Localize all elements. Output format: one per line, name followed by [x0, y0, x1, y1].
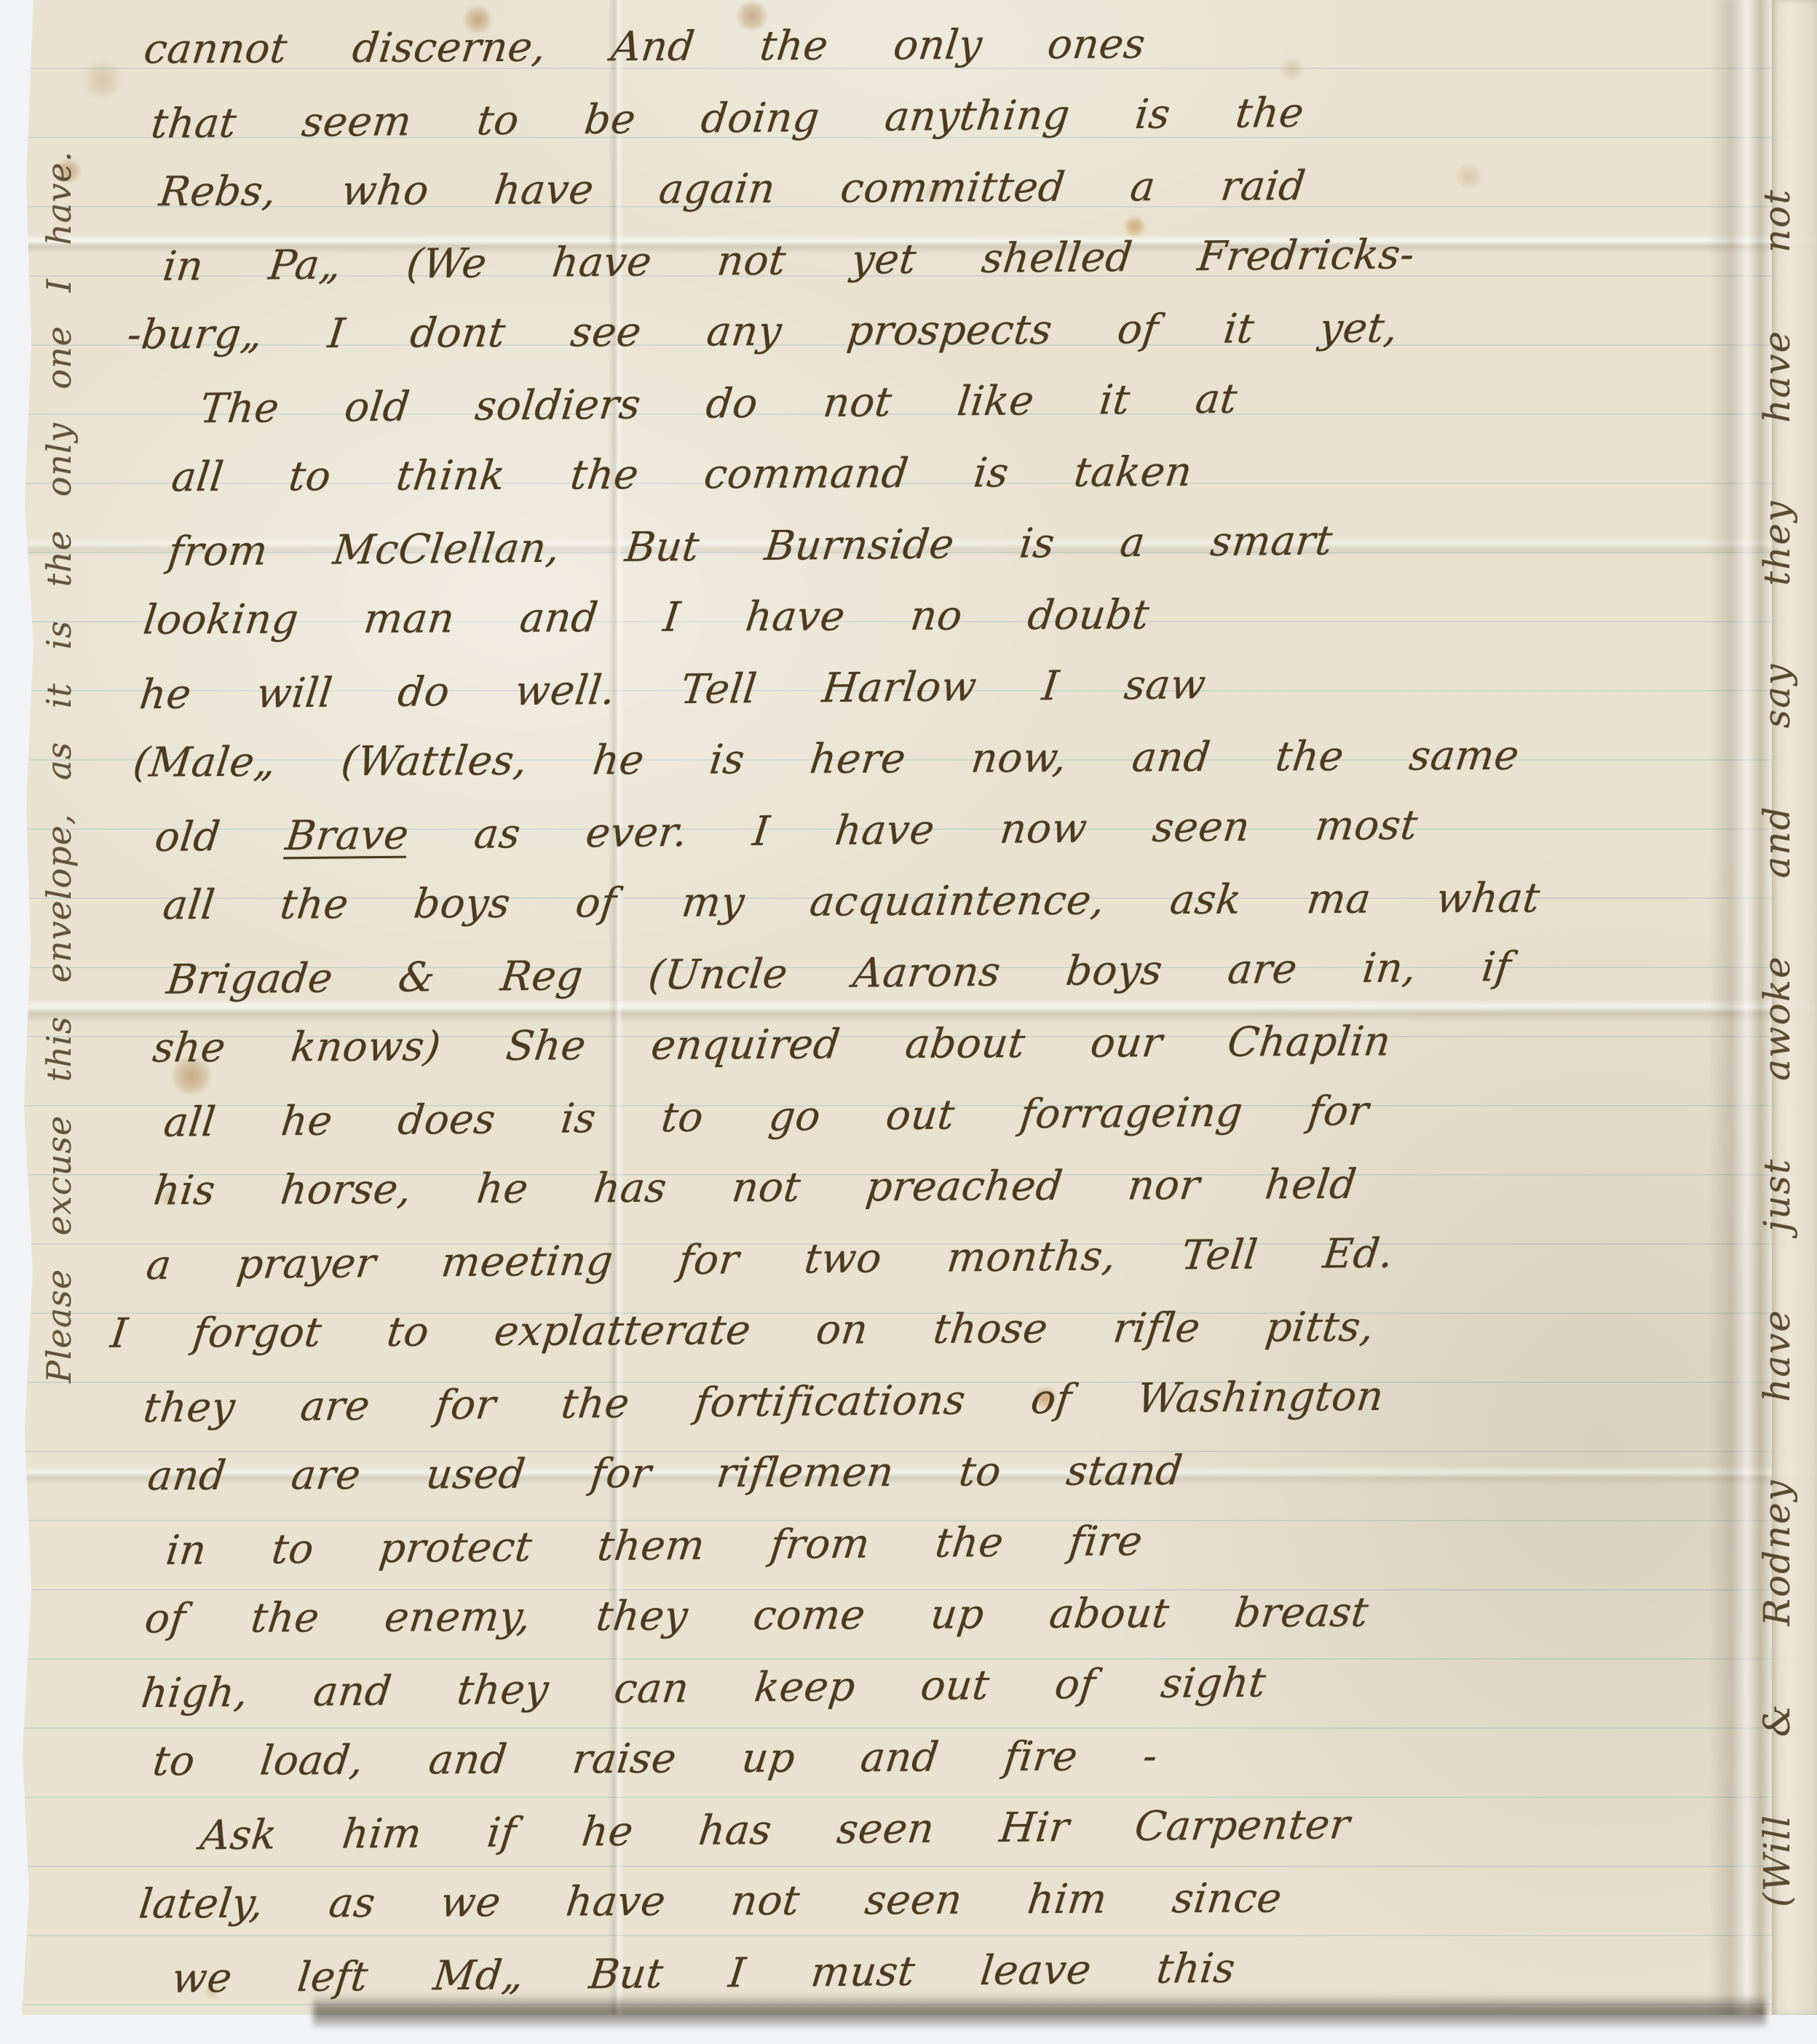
letter-line: he will do well. Tell Harlow I saw [20, 643, 1814, 732]
letter-line: lately, as we have not seen him since [21, 1861, 1817, 1941]
letter-line: (Male„ (Wattles, he is here now, and the… [20, 719, 1814, 800]
left-margin-note: Please excuse this envelope, as it is th… [39, 44, 79, 1383]
letter-page: cannot discerne, And the only ones that … [20, 0, 1817, 2015]
letter-line: of the enemy, they come up about breast [20, 1575, 1817, 1656]
letter-line: I forgot to explatterate on those rifle … [20, 1290, 1817, 1371]
letter-line: Rebs, who have again committed a raid [20, 148, 1811, 229]
letter-line: and are used for riflemen to stand [20, 1433, 1817, 1513]
letter-line: they are for the fortifications of Washi… [20, 1357, 1817, 1446]
letter-line: in Pa„ (We have not yet shelled Fredrick… [20, 215, 1812, 304]
letter-line: Ask him if he has seen Hir Carpenter [20, 1785, 1817, 1874]
letter-line: The old soldiers do not like it at [20, 358, 1813, 447]
letter-line: all to think the command is taken [20, 434, 1813, 515]
underlined-word: Brave [283, 812, 411, 860]
letter-line: a prayer meeting for two months, Tell Ed… [20, 1214, 1817, 1303]
letter-line: that seem to be doing anything is the [20, 73, 1811, 162]
letter-line: high, and they can keep out of sight [20, 1642, 1817, 1731]
scan-background: { "theme": { "ink": "#4b3a1f", "paper": … [0, 0, 1817, 2044]
letter-line: his horse, he has not preached nor held [20, 1147, 1816, 1228]
letter-line: all he does is to go out forrageing for [20, 1071, 1816, 1160]
letter-body: cannot discerne, And the only ones that … [20, 6, 1816, 2013]
letter-line: to load, and raise up and fire - [20, 1718, 1817, 1799]
letter-line: in to protect them from the fire [20, 1500, 1817, 1588]
letter-line: Brigade & Reg (Uncle Aarons boys are in,… [20, 929, 1816, 1018]
letter-line: all the boys of my acquaintence, ask ma … [20, 862, 1815, 943]
paper-bottom-edge-shadow [313, 1995, 1766, 2027]
letter-line: looking man and I have no doubt [20, 577, 1813, 657]
letter-line: from McClellan, But Burnside is a smart [20, 501, 1813, 590]
letter-line: old Brave as ever. I have now seen most [20, 786, 1815, 875]
letter-line: -burg„ I dont see any prospects of it ye… [20, 291, 1812, 372]
letter-line: she knows) She enquired about our Chapli… [20, 1005, 1816, 1085]
letter-line: cannot discerne, And the only ones [20, 6, 1810, 87]
right-margin-note: (Will & Rodney have just awoke and say t… [1756, 44, 1798, 1907]
